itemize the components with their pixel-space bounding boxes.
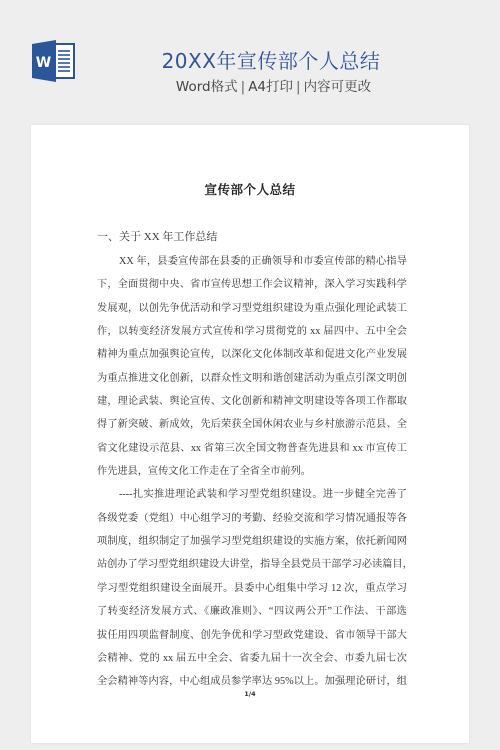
text-line: 精神为重点加强舆论宣传，以深化文化体制改革和促进文化产业发展	[97, 343, 407, 366]
section-heading: 一、关于 XX 年工作总结	[97, 228, 217, 244]
text-line: 作先进县，宣传文化工作走在了全省全市前列。	[97, 460, 407, 483]
text-line: XX 年，县委宣传部在县委的正确领导和市委宣传部的精心指导	[97, 250, 407, 273]
separator: |	[241, 79, 246, 95]
text-line: 建，理论武装、舆论宣传、文化创新和精神文明建设等各项工作都取	[97, 390, 407, 413]
text-line: 会精神、党的 xx 届五中全会、省委九届十一次全会、市委九届七次	[97, 647, 407, 670]
page-number: 1/4	[31, 690, 469, 698]
subtitle-format: Word格式	[176, 79, 238, 95]
text-line: 了转变经济发展方式、《廉政准则》、“四议两公开”工作法、干部选	[97, 600, 407, 623]
header: W 20XX年宣传部个人总结 Word格式|A4打印|内容可更改	[0, 0, 500, 124]
subtitle-editable: 内容可更改	[304, 79, 372, 95]
text-line: 发展观，以创先争优活动和学习型党组织建设为重点强化理论武装工	[97, 297, 407, 320]
separator: |	[296, 79, 301, 95]
text-line: 拔任用四项监督制度、创先争优和学习型政党建设、省市领导干部大	[97, 624, 407, 647]
text-line: 作，以转变经济发展方式宣传和学习贯彻党的 xx 届四中、五中全会	[97, 320, 407, 343]
text-line: 学习型党组织建设全面展开。县委中心组集中学习 12 次，重点学习	[97, 577, 407, 600]
text-line: ----扎实推进理论武装和学习型党组织建设。进一步健全完善了	[97, 483, 407, 506]
document-title: 宣传部个人总结	[31, 180, 469, 198]
text-line: 项制度，组织制定了加强学习型党组织建设的实施方案，依托新闻网	[97, 530, 407, 553]
subtitle: Word格式|A4打印|内容可更改	[0, 75, 500, 95]
text-line: 各级党委（党组）中心组学习的考勤、经验交流和学习情况通报等各	[97, 507, 407, 530]
text-line: 下，全面贯彻中央、省市宣传思想工作会议精神，深入学习实践科学	[97, 273, 407, 296]
text-line: 省文化建设示范县、xx 省第三次全国文物普查先进县和 xx 市宣传工	[97, 437, 407, 460]
text-line: 站创办了学习型党组织建设大讲堂，指导全县党员干部学习必读篇目，	[97, 553, 407, 576]
text-line: 得了新突破、新成效，先后荣获全国休闲农业与乡村旅游示范县、全	[97, 413, 407, 436]
subtitle-print: A4打印	[248, 79, 293, 95]
document-body: XX 年，县委宣传部在县委的正确领导和市委宣传部的精心指导 下，全面贯彻中央、省…	[97, 250, 407, 694]
document-page: 宣传部个人总结 一、关于 XX 年工作总结 XX 年，县委宣传部在县委的正确领导…	[31, 125, 469, 743]
text-line: 为重点推进文化创新，以群众性文明和谐创建活动为重点引深文明创	[97, 367, 407, 390]
page-title: 20XX年宣传部个人总结	[0, 45, 500, 74]
